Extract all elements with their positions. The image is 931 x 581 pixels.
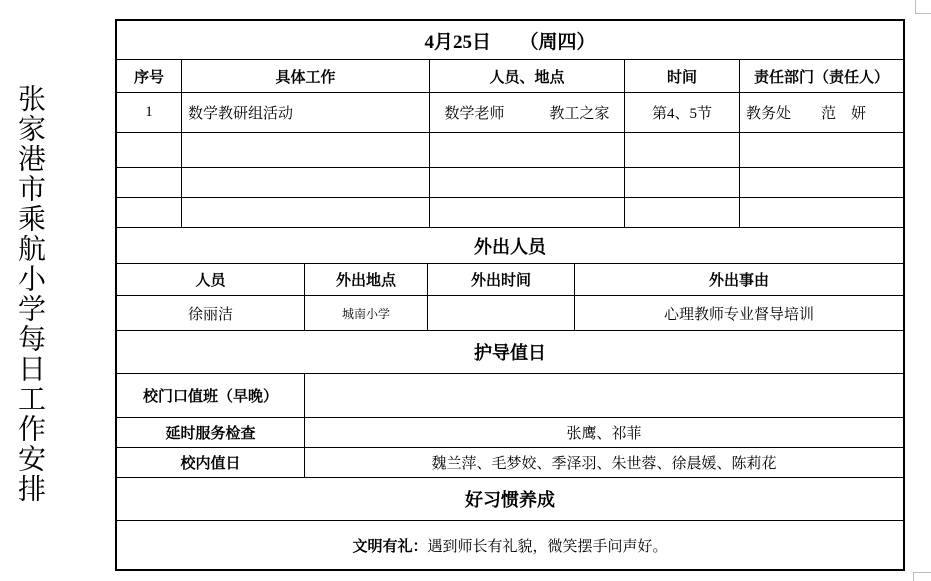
- delay-check-label: 延时服务检查: [117, 418, 304, 447]
- outing-header-time: 外出时间: [427, 264, 574, 295]
- duty-section-row: 护导值日: [117, 330, 903, 373]
- column-header-department: 责任部门（责任人）: [739, 60, 903, 92]
- empty-cell: [429, 198, 624, 227]
- page-corner-mark-bottom-right: [913, 572, 931, 581]
- department-cell: 教务处 范 妍: [739, 93, 903, 132]
- empty-cell: [429, 168, 624, 197]
- empty-cell: [739, 168, 903, 197]
- gate-duty-label: 校门口值班（早晚）: [117, 374, 304, 417]
- empty-cell: [624, 198, 739, 227]
- outing-header-person: 人员: [117, 264, 304, 295]
- habit-content-row: 文明有礼：遇到师长有礼貌，微笑摆手问声好。: [117, 520, 903, 569]
- outing-row: 徐丽洁 城南小学 心理教师专业督导培训: [117, 295, 903, 330]
- daily-schedule-table: 4月25日 （周四） 序号 具体工作 人员、地点 时间 责任部门（责任人） 1 …: [115, 19, 905, 571]
- outing-header-place: 外出地点: [304, 264, 427, 295]
- empty-cell: [117, 133, 181, 167]
- delay-check-content: 张鹰、祁菲: [304, 418, 903, 447]
- delay-check-row: 延时服务检查 张鹰、祁菲: [117, 417, 903, 447]
- date-title-row: 4月25日 （周四）: [117, 21, 903, 59]
- empty-cell: [117, 168, 181, 197]
- schedule-row: 1 数学教研组活动 数学老师 教工之家 第4、5节 教务处 范 妍: [117, 92, 903, 132]
- column-header-task: 具体工作: [181, 60, 429, 92]
- schedule-empty-row: [117, 197, 903, 227]
- outing-section-row: 外出人员: [117, 227, 903, 263]
- gate-duty-row: 校门口值班（早晚） 早：徐丽洁、徐邵萍、钱惠娣、曹汝霖 晚（第一时段）：黄 婷、…: [117, 373, 903, 417]
- serial-cell: 1: [117, 93, 181, 132]
- gate-duty-content: 早：徐丽洁、徐邵萍、钱惠娣、曹汝霖 晚（第一时段）：黄 婷、曹汝霖（第二时段）：…: [304, 374, 903, 417]
- outing-header-row: 人员 外出地点 外出时间 外出事由: [117, 263, 903, 295]
- empty-cell: [181, 168, 429, 197]
- habit-section-title: 好习惯养成: [117, 478, 903, 520]
- page-corner-mark-top-right: [915, 0, 931, 14]
- column-header-serial: 序号: [117, 60, 181, 92]
- outing-section-title: 外出人员: [117, 228, 903, 263]
- gate-duty-evening-line: 晚（第一时段）：黄 婷、曹汝霖（第二时段）：徐丽洁、钱惠娣: [311, 417, 745, 418]
- outing-time-cell: [427, 296, 574, 330]
- empty-cell: [181, 198, 429, 227]
- time-cell: 第4、5节: [624, 93, 739, 132]
- column-header-people: 人员、地点: [429, 60, 624, 92]
- schedule-empty-row: [117, 167, 903, 197]
- habit-content-cell: 文明有礼：遇到师长有礼貌，微笑摆手问声好。: [117, 521, 903, 569]
- duty-section-title: 护导值日: [117, 331, 903, 373]
- empty-cell: [181, 133, 429, 167]
- gate-duty-morning-line: 早：徐丽洁、徐邵萍、钱惠娣、曹汝霖: [311, 374, 745, 375]
- campus-duty-content: 魏兰萍、毛梦姣、季泽羽、朱世蓉、徐晨媛、陈莉花: [304, 448, 903, 477]
- outing-reason-cell: 心理教师专业督导培训: [574, 296, 903, 330]
- schedule-header-row: 序号 具体工作 人员、地点 时间 责任部门（责任人）: [117, 59, 903, 92]
- habit-label: 文明有礼：: [352, 535, 427, 556]
- outing-header-reason: 外出事由: [574, 264, 903, 295]
- habit-section-row: 好习惯养成: [117, 477, 903, 520]
- task-cell: 数学教研组活动: [181, 93, 429, 132]
- school-daily-title-vertical: 张家港市乘航小学每日工作安排: [10, 84, 48, 514]
- outing-person-cell: 徐丽洁: [117, 296, 304, 330]
- outing-place-cell: 城南小学: [304, 296, 427, 330]
- empty-cell: [739, 198, 903, 227]
- date-title: 4月25日 （周四）: [117, 21, 903, 59]
- empty-cell: [739, 133, 903, 167]
- empty-cell: [117, 198, 181, 227]
- column-header-time: 时间: [624, 60, 739, 92]
- campus-duty-label: 校内值日: [117, 448, 304, 477]
- empty-cell: [624, 133, 739, 167]
- schedule-empty-row: [117, 132, 903, 167]
- campus-duty-row: 校内值日 魏兰萍、毛梦姣、季泽羽、朱世蓉、徐晨媛、陈莉花: [117, 447, 903, 477]
- habit-text: 遇到师长有礼貌，微笑摆手问声好。: [428, 535, 668, 556]
- empty-cell: [429, 133, 624, 167]
- empty-cell: [624, 168, 739, 197]
- people-place-cell: 数学老师 教工之家: [429, 93, 624, 132]
